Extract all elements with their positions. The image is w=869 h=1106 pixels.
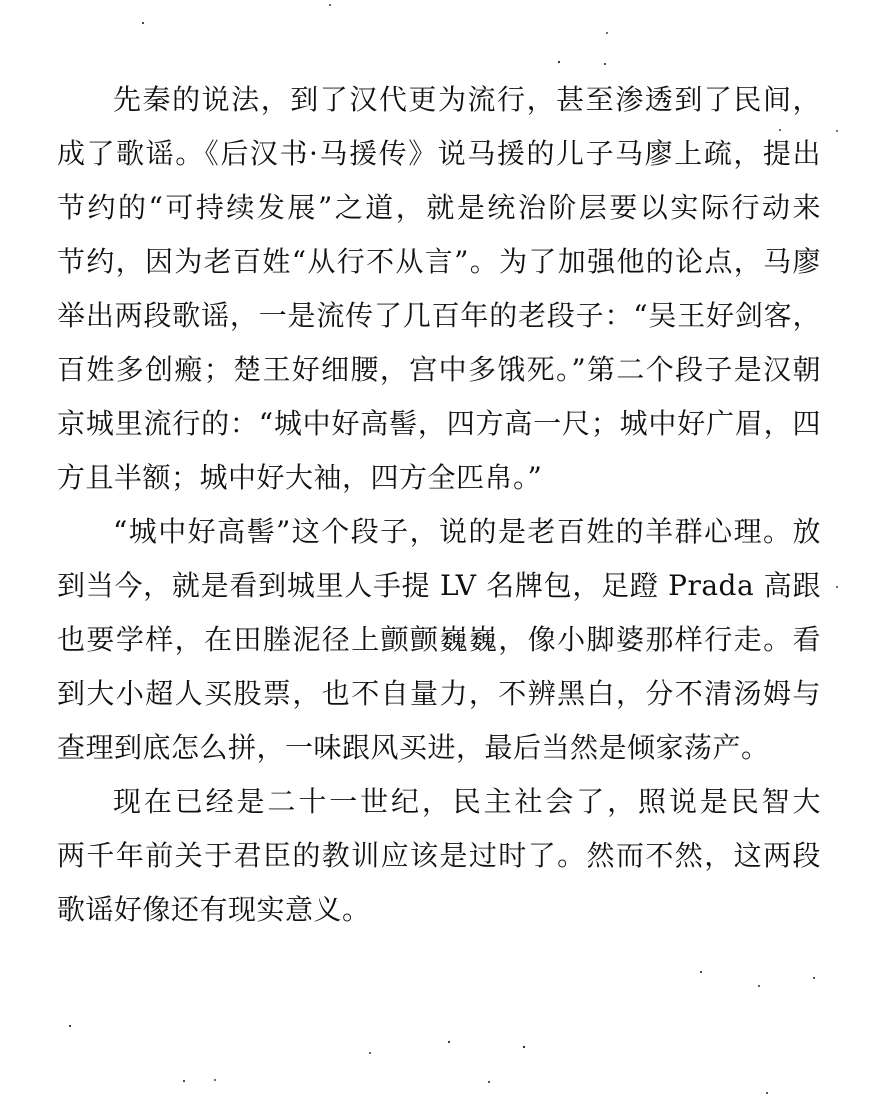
text-line: 歌谣好像还有现实意义。 xyxy=(57,883,821,937)
paragraph-3: 现在已经是二十一世纪，民主社会了，照说是民智大开， 两千年前关于君臣的教训应该是… xyxy=(57,775,821,937)
text-line: “城中好高髻”这个段子，说的是老百姓的羊群心理。放 xyxy=(57,505,821,559)
text-line: 查理到底怎么拼，一味跟风买进，最后当然是倾家荡产。 xyxy=(57,721,821,775)
text-block: 先秦的说法，到了汉代更为流行，甚至渗透到了民间， 成了歌谣。《后汉书·马援传》说… xyxy=(57,73,821,937)
text-line: 百姓多创瘢；楚王好细腰，宫中多饿死。”第二个段子是汉朝 xyxy=(57,343,821,397)
text-line: 到大小超人买股票，也不自量力，不辨黑白，分不清汤姆与 xyxy=(57,667,821,721)
text-line: 先秦的说法，到了汉代更为流行，甚至渗透到了民间， xyxy=(57,73,821,127)
text-line: 节约，因为老百姓“从行不从言”。为了加强他的论点，马廖 xyxy=(57,235,821,289)
text-line: 举出两段歌谣，一是流传了几百年的老段子：“吴王好剑客， xyxy=(57,289,821,343)
text-line: 到当今，就是看到城里人手提 LV 名牌包，足蹬 Prada 高跟鞋， xyxy=(57,559,821,613)
text-line: 方且半额；城中好大袖，四方全匹帛。” xyxy=(57,451,821,505)
scanned-book-page: 先秦的说法，到了汉代更为流行，甚至渗透到了民间， 成了歌谣。《后汉书·马援传》说… xyxy=(0,0,869,1106)
text-line: 成了歌谣。《后汉书·马援传》说马援的儿子马廖上疏，提出 xyxy=(57,127,821,181)
paragraph-2: “城中好高髻”这个段子，说的是老百姓的羊群心理。放 到当今，就是看到城里人手提 … xyxy=(57,505,821,775)
text-line: 现在已经是二十一世纪，民主社会了，照说是民智大开， xyxy=(57,775,821,829)
text-line: 也要学样，在田塍泥径上颤颤巍巍，像小脚婆那样行走。看 xyxy=(57,613,821,667)
paragraph-1: 先秦的说法，到了汉代更为流行，甚至渗透到了民间， 成了歌谣。《后汉书·马援传》说… xyxy=(57,73,821,505)
text-line: 节约的“可持续发展”之道，就是统治阶层要以实际行动来 xyxy=(57,181,821,235)
text-line: 京城里流行的：“城中好高髻，四方高一尺；城中好广眉，四 xyxy=(57,397,821,451)
text-line: 两千年前关于君臣的教训应该是过时了。然而不然，这两段 xyxy=(57,829,821,883)
scan-noise-speckles xyxy=(0,0,2,2)
